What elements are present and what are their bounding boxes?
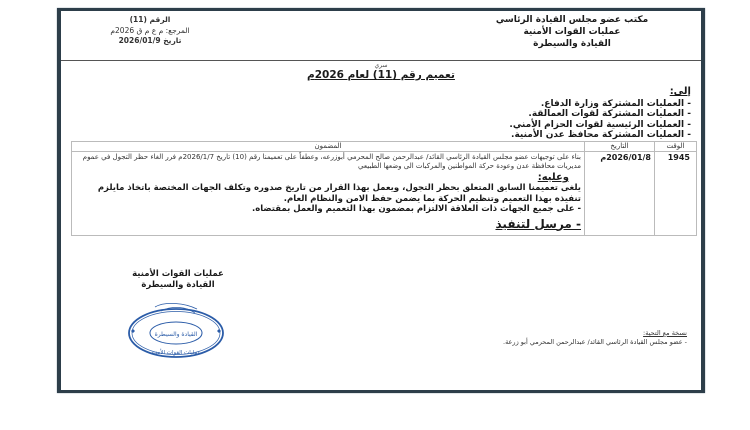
document-reference: المرجع: م ع م ق 2026م <box>75 26 225 37</box>
document-number: الرقم (11) <box>75 15 225 26</box>
cell-content: بناء على توجيهات عضو مجلس القيادة الرئاس… <box>72 152 585 236</box>
document-header: مكتب عضو مجلس القيادة الرئاسي عمليات الق… <box>61 11 701 61</box>
header-time: الوقت <box>655 142 697 152</box>
office-line: مكتب عضو مجلس القيادة الرئاسي <box>457 14 687 26</box>
document-date: تاريخ 2026/01/9 <box>75 36 225 47</box>
recipient-item: العمليات المشتركة محافظ عدن الأمنية. <box>401 130 691 141</box>
circular-document: مكتب عضو مجلس القيادة الرئاسي عمليات الق… <box>57 8 705 393</box>
classification-label: سري <box>61 62 701 69</box>
document-title: تعميم رقم (11) لعام 2026م <box>61 69 701 81</box>
stamp-inner-text: القيادة والسيطرة <box>155 331 198 338</box>
cell-time: 1945 <box>655 152 697 236</box>
office-line: عمليات القوات الأمنية <box>457 26 687 38</box>
cc-recipient: - عضو مجلس القيادة الرئاسي القائد/ عبدال… <box>367 338 687 347</box>
to-label: إلى: <box>401 87 691 98</box>
table-header-row: الوقت التاريخ المضمون <box>72 142 697 152</box>
recipient-item: العمليات المشتركة وزارة الدفاع. <box>401 99 691 110</box>
recipient-item: العمليات الرئيسية لقوات الحزام الأمني. <box>401 120 691 131</box>
send-for-execution: - مرسل لتنفيذ <box>75 217 581 231</box>
cell-date: 2026/01/8م <box>585 152 655 236</box>
signature-block: عمليات القوات الأمنية القيادة والسيطرة <box>123 269 233 291</box>
signature-line: القيادة والسيطرة <box>123 280 233 291</box>
decision-paragraph: يلغى تعميمنا السابق المتعلق بحظر التجول،… <box>75 183 581 204</box>
issuing-office: مكتب عضو مجلس القيادة الرئاسي عمليات الق… <box>457 14 687 50</box>
cc-label: نسخة مع التحية: <box>367 329 687 338</box>
signature-line: عمليات القوات الأمنية <box>123 269 233 280</box>
therefore-heading: وعليه: <box>75 172 569 183</box>
office-line: القيادة والسيطرة <box>457 38 687 50</box>
recipients-block: إلى: العمليات المشتركة وزارة الدفاع. الع… <box>401 87 691 141</box>
table-row: 1945 2026/01/8م بناء على توجيهات عضو مجل… <box>72 152 697 236</box>
official-stamp-icon: القيادة والسيطرة عمليات القوات الأمنية <box>125 301 227 359</box>
cc-block: نسخة مع التحية: - عضو مجلس القيادة الرئا… <box>367 329 687 347</box>
compliance-paragraph: - على جميع الجهات ذات العلاقة الالتزام ب… <box>75 204 581 215</box>
recipient-item: العمليات المشتركة لقوات العمالقة. <box>401 109 691 120</box>
reference-block: الرقم (11) المرجع: م ع م ق 2026م تاريخ 2… <box>75 15 225 47</box>
circular-table: الوقت التاريخ المضمون 1945 2026/01/8م بن… <box>71 141 697 236</box>
header-content: المضمون <box>72 142 585 152</box>
stamp-outer-text: عمليات القوات الأمنية <box>151 348 201 356</box>
intro-paragraph: بناء على توجيهات عضو مجلس القيادة الرئاس… <box>75 153 581 171</box>
header-date: التاريخ <box>585 142 655 152</box>
